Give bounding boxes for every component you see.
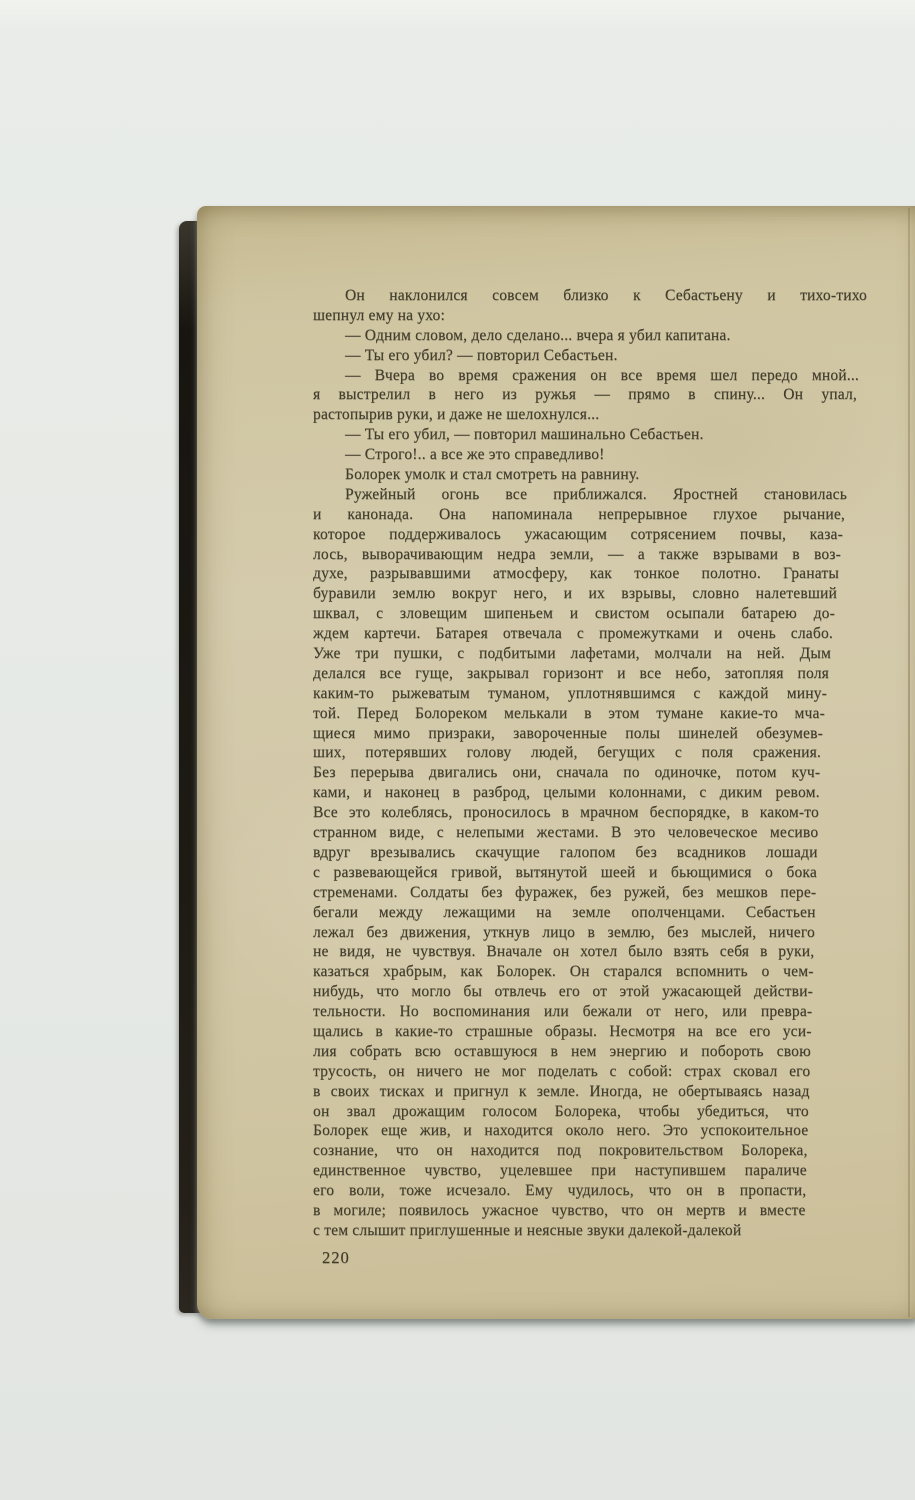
text-line: лия собрать всю оставшуюся в нем энергию… [313, 1042, 811, 1062]
text-line: Без перерыва двигались они, сначала по о… [313, 763, 820, 783]
page-text: Он наклонился совсем близко к Себастьену… [313, 286, 873, 1241]
text-line: вдруг врезывались скачущие галопом без в… [313, 843, 818, 863]
paragraph: — Одним словом, дело сделано... вчера я … [313, 326, 873, 346]
text-line: лось, выворачивающим недра земли, — а та… [313, 545, 841, 565]
text-line: я выстрелил в него из ружья — прямо в сп… [313, 385, 857, 405]
text-line: с тем слышит приглушенные и неясные звук… [313, 1221, 805, 1241]
text-line: щиеся мимо призраки, завороченные полы ш… [313, 724, 823, 744]
text-line: не видя, не чувствуя. Вначале он хотел б… [313, 942, 814, 962]
text-line: единственное чувство, уцелевшее при наст… [313, 1161, 807, 1181]
text-line: лежал без движения, уткнув лицо в землю,… [313, 923, 815, 943]
text-line: шквал, с зловещим шипеньем и свистом осы… [313, 604, 835, 624]
text-line: которое поддерживалось ужасающим сотрясе… [313, 525, 843, 545]
text-line: он звал дрожащим голосом Болорека, чтобы… [313, 1102, 809, 1122]
text-line: — Одним словом, дело сделано... вчера я … [313, 326, 863, 346]
text-line: Болорек еще жив, и находится около него.… [313, 1121, 808, 1141]
text-line: Все это колеблясь, проносилось в мрачном… [313, 803, 819, 823]
text-line: каким-то рыжеватым туманом, уплотнявшимс… [313, 684, 827, 704]
text-line: растопырив руки, и даже не шелохнулся... [313, 405, 855, 425]
page-number: 220 [322, 1248, 350, 1268]
book-page: Он наклонился совсем близко к Себастьену… [197, 206, 915, 1319]
text-line: Болорек умолк и стал смотреть на равнину… [313, 465, 849, 485]
text-line: духе, разрывавшими атмосферу, как тонкое… [313, 564, 839, 584]
paragraph: — Ты его убил? — повторил Себастьен. [313, 346, 873, 366]
text-line: ками, и наконец в разброд, целыми колонн… [313, 783, 820, 803]
paragraph: Он наклонился совсем близко к Себастьену… [313, 286, 873, 326]
text-line: Ружейный огонь все приближался. Яростней… [313, 485, 847, 505]
text-line: бегали между лежащими на земле ополченца… [313, 903, 816, 923]
text-line: Уже три пушки, с подбитыми лафетами, мол… [313, 644, 831, 664]
text-line: той. Перед Болореком мелькали в этом тум… [313, 704, 825, 724]
page-stack-edge [908, 208, 910, 1317]
text-line: его воли, тоже исчезало. Ему чудилось, ч… [313, 1181, 806, 1201]
paragraph: Ружейный огонь все приближался. Яростней… [313, 485, 873, 1241]
text-line: ших, потерявших голову людей, бегущих с … [313, 743, 821, 763]
text-line: с развевающейся гривой, вытянутой шеей и… [313, 863, 817, 883]
text-line: сознание, что он находится под покровите… [313, 1141, 808, 1161]
text-line: ждем картечи. Батарея отвечала с промежу… [313, 624, 833, 644]
text-line: — Строго!.. а все же это справедливо! [313, 445, 851, 465]
text-line: трусость, он ничего не мог поделать с со… [313, 1062, 810, 1082]
text-line: — Ты его убил? — повторил Себастьен. [313, 346, 861, 366]
text-line: в своих тисках и пригнул к земле. Иногда… [313, 1082, 810, 1102]
text-line: шепнул ему на ухо: [313, 306, 865, 326]
text-line: — Вчера во время сражения он все время ш… [313, 366, 859, 386]
text-line: нибудь, что могло бы отвлечь его от этой… [313, 982, 813, 1002]
text-line: буравили землю вокруг него, и их взрывы,… [313, 584, 837, 604]
text-line: и канонада. Она напоминала непрерывное г… [313, 505, 845, 525]
photo-background: Он наклонился совсем близко к Себастьену… [0, 0, 915, 1500]
text-line: казаться храбрым, как Болорек. Он старал… [313, 962, 814, 982]
text-line: стременами. Солдаты без фуражек, без руж… [313, 883, 816, 903]
paragraph: — Вчера во время сражения он все время ш… [313, 366, 873, 426]
text-line: — Ты его убил, — повторил машинально Себ… [313, 425, 853, 445]
text-line: щались в какие-то страшные образы. Несмо… [313, 1022, 812, 1042]
paragraph: — Строго!.. а все же это справедливо! [313, 445, 873, 465]
text-line: тельности. Но воспоминания или бежали от… [313, 1002, 812, 1022]
paragraph: — Ты его убил, — повторил машинально Себ… [313, 425, 873, 445]
text-line: делался все гуще, закрывал горизонт и вс… [313, 664, 829, 684]
text-line: в могиле; появилось ужасное чувство, что… [313, 1201, 806, 1221]
paragraph: Болорек умолк и стал смотреть на равнину… [313, 465, 873, 485]
text-line: странном виде, с нелепыми жестами. В это… [313, 823, 818, 843]
text-line: Он наклонился совсем близко к Себастьену… [313, 286, 867, 306]
